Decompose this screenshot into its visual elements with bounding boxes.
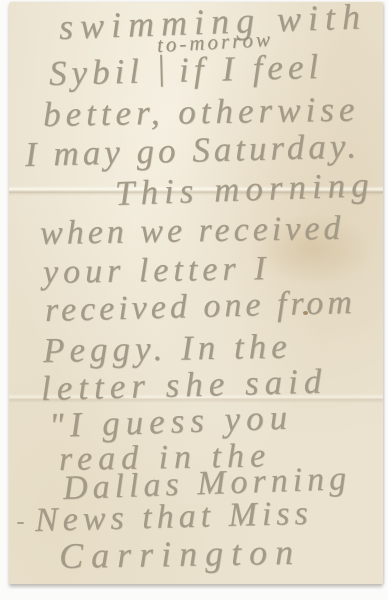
handwritten-line-2: Sybil|if I feel (48, 47, 323, 94)
handwritten-line-15: Carrington (59, 531, 302, 577)
scanned-letter-page: swimming with to-morrow Sybil|if I feel … (0, 0, 388, 600)
handwritten-line-7: your letter I (43, 250, 271, 292)
line-2-post: if I feel (178, 47, 323, 90)
paper-speck (17, 522, 24, 524)
handwritten-line-6: when we received (40, 210, 345, 253)
handwritten-line-5: This morning (114, 165, 375, 214)
handwritten-line-8: received one from (45, 284, 357, 330)
letter-paper: swimming with to-morrow Sybil|if I feel … (9, 2, 383, 584)
line-2-pre: Sybil (48, 52, 144, 93)
insertion-caret: | (157, 48, 170, 88)
